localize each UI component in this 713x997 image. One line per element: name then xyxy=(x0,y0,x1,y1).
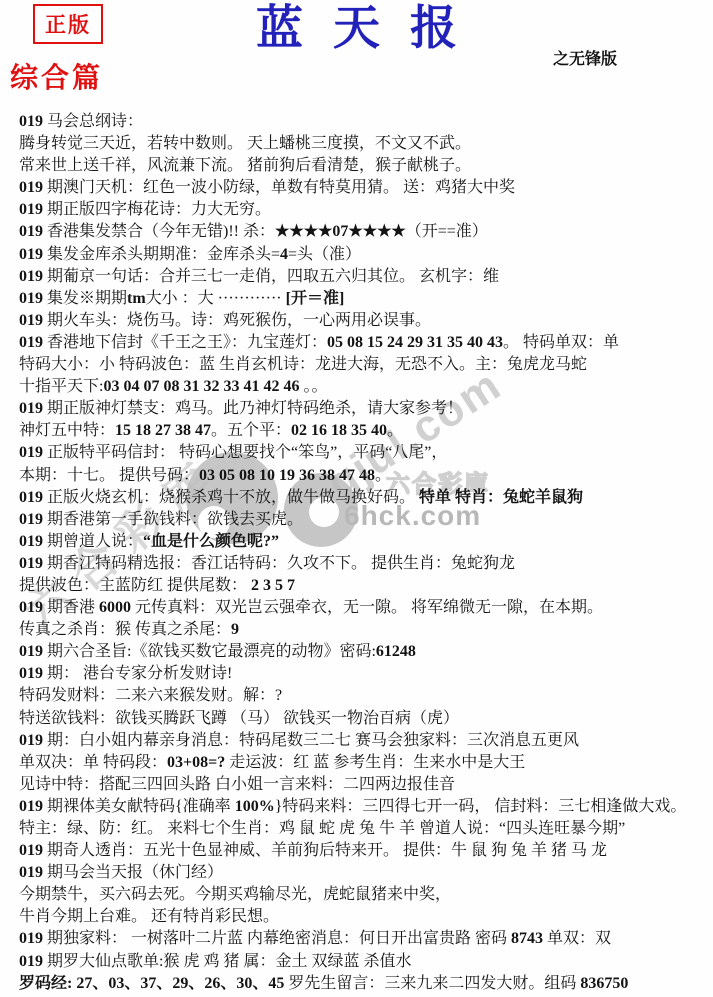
text: （开==准） xyxy=(406,223,488,240)
text-line: 019 期澳门天机：红色一波小防绿，单数有特莫用猜。 送：鸡猪大中奖 xyxy=(19,177,711,199)
text: 神灯五中特： xyxy=(19,422,115,439)
text: 期奇人透肖：五光十色显神威、羊前狗后特来开。 提供：牛 鼠 狗 兔 羊 猪 马 … xyxy=(47,842,607,859)
text-line: 019 期香港 6000 元传真料：双光岂云强牵衣，无一隙。 将军绵微无一隙，在… xyxy=(19,597,711,619)
bold-text: 03 05 08 10 19 36 38 47 48 xyxy=(199,467,375,484)
bold-text: 019 xyxy=(19,599,47,616)
text-line: 019 期罗大仙点歌单:猴 虎 鸡 猪 属：金土 双绿蓝 杀值水 xyxy=(19,951,711,973)
text: 大小 ：大 ············ xyxy=(146,290,286,307)
text: 正版火烧玄机：烧猴杀鸡十不放，做牛做马换好码。 xyxy=(47,489,419,506)
text-line: 019 正版火烧玄机：烧猴杀鸡十不放，做牛做马换好码。 特单 特肖：兔蛇羊鼠狗 xyxy=(19,487,711,509)
bold-text: 019 xyxy=(19,444,47,461)
bold-text: 019 xyxy=(19,400,47,417)
text: 期火车头：烧伤马。诗：鸡死猴伤，一心两用必误事。 xyxy=(47,312,431,329)
text-line: 019 集发※期期tm大小 ：大 ············ [开＝准] xyxy=(19,288,711,310)
text: 期正版四字梅花诗：力大无穷。 xyxy=(47,201,271,218)
text: 期香港 xyxy=(47,599,99,616)
text-line: 019 期： 港台专家分析发财诗! xyxy=(19,663,711,685)
text-line: 019 香港地下信封《千王之王》：九宝莲灯：05 08 15 24 29 31 … xyxy=(19,332,711,354)
text-line: 特送欲钱料：欲钱买腾跃飞蹲 （马） 欲钱买一物治百病（虎） xyxy=(19,708,711,730)
bold-text: 61248 xyxy=(376,643,416,660)
text-line: 019 期香江特码精选报：香江话特码：久攻不下。 提供生肖：兔蛇狗龙 xyxy=(19,553,711,575)
text-line: 腾身转觉三天近，若转中数则。 天上蟠桃三度摸，不文又不武。 xyxy=(19,133,711,155)
text-line: 019 香港集发禁合（今年无错)!! 杀：★★★★07★★★★（开==准） xyxy=(19,221,711,243)
text: 单双：双 xyxy=(543,930,611,947)
text-line: 019 期曾道人说：“血是什么颜色呢?” xyxy=(19,531,711,553)
text: 特码大小：小 特码波色：蓝 生肖玄机诗：龙进大海，无恐不入。主：兔虎龙马蛇 xyxy=(19,356,587,373)
content-lines: 019 马会总纲诗：腾身转觉三天近，若转中数则。 天上蟠桃三度摸，不文又不武。常… xyxy=(19,111,711,995)
bold-text: 019 xyxy=(19,555,47,572)
bold-text: 019 xyxy=(19,511,47,528)
newspaper-page: 正版 蓝天报 之无锋版 综合篇 gjul.com 六合彩库 六合彩庫 6hck.… xyxy=(0,0,713,997)
text: 期曾道人说： xyxy=(47,533,143,550)
text-line: 019 期正版神灯禁支：鸡马。此乃神灯特码绝杀，请大家参考！ xyxy=(19,398,711,420)
text: 。五个平： xyxy=(211,422,291,439)
text-line: 019 期：白小姐内幕亲身消息：特码尾数三二七 赛马会独家料：三次消息五更风 xyxy=(19,730,711,752)
text-line: 019 期六合圣旨:《欲钱买数它最漂亮的动物》密码:61248 xyxy=(19,641,711,663)
text: 香港地下信封《千王之王》：九宝莲灯： xyxy=(47,334,327,351)
bold-text: 019 xyxy=(19,489,47,506)
bold-text: 019 xyxy=(19,113,47,130)
text: 期： 港台专家分析发财诗! xyxy=(47,665,232,682)
bold-text: 019 xyxy=(19,533,47,550)
text: 正版特平码信封： 特码心想要找个“笨鸟”，平码“八尾”， xyxy=(47,444,447,461)
text: 马会总纲诗： xyxy=(47,113,143,130)
bold-text: 019 xyxy=(19,732,47,749)
bold-text: “血是什么颜色呢?” xyxy=(143,533,279,550)
text: 单双决：单 特码段： xyxy=(19,754,167,771)
bold-text: 2 3 5 7 xyxy=(251,577,295,594)
text-line: 今期禁牛，买六码去死。今期买鸡输尽光，虎蛇鼠猪来中奖， xyxy=(19,884,711,906)
bold-text: 019 xyxy=(19,930,47,947)
text-line: 019 期独家料： 一树落叶二片蓝 内幕绝密消息：何日开出富贵路 密码 8743… xyxy=(19,928,711,950)
text: 特主：绿、防：红。 来料七个生肖：鸡 鼠 蛇 虎 兔 牛 羊 曾道人说：“四头连… xyxy=(19,820,625,837)
text-line: 特码发财料：二来六来猴发财。解：? xyxy=(19,685,711,707)
text: 元传真料：双光岂云强牵衣，无一隙。 将军绵微无一隙，在本期。 xyxy=(131,599,603,616)
text: 期香港第一手欲钱料：欲钱去买虎。 xyxy=(47,511,303,528)
bold-text: 019 xyxy=(19,223,47,240)
text: 期六合圣旨:《欲钱买数它最漂亮的动物》密码: xyxy=(47,643,376,660)
text: 香港集发禁合（今年无错)!! 杀： xyxy=(47,223,275,240)
edition-label: 之无锋版 xyxy=(553,46,617,69)
text: 集发金库杀头期期准：金库杀头= xyxy=(47,246,280,263)
text: 特码发财料：二来六来猴发财。解：? xyxy=(19,687,282,704)
bold-text: 019 xyxy=(19,864,47,881)
text: 期罗大仙点歌单:猴 虎 鸡 猪 属：金土 双绿蓝 杀值水 xyxy=(47,953,411,970)
text-line: 神灯五中特：15 18 27 38 47。五个平：02 16 18 35 40。 xyxy=(19,420,711,442)
bold-text: 03 04 07 08 31 32 33 41 42 46 xyxy=(103,378,299,395)
text-line: 罗码经: 27、03、37、29、26、30、45 罗先生留言：三来九来二四发大… xyxy=(19,973,711,995)
text-line: 传真之杀肖：猴 传真之杀尾：9 xyxy=(19,619,711,641)
text: 十指平天下: xyxy=(19,378,103,395)
bold-text: 019 xyxy=(19,312,47,329)
bold-text: 罗码经: 27、03、37、29、26、30、45 xyxy=(19,975,284,992)
text: 腾身转觉三天近，若转中数则。 天上蟠桃三度摸，不文又不武。 xyxy=(19,135,471,152)
text-line: 特码大小：小 特码波色：蓝 生肖玄机诗：龙进大海，无恐不入。主：兔虎龙马蛇 xyxy=(19,354,711,376)
bold-text: 019 xyxy=(19,334,47,351)
text-line: 常来世上送千祥，风流兼下流。 猪前狗后看清楚，猴子献桃子。 xyxy=(19,155,711,177)
text-line: 019 期火车头：烧伤马。诗：鸡死猴伤，一心两用必误事。 xyxy=(19,310,711,332)
bold-text: 100% xyxy=(235,798,275,815)
text-line: 019 期奇人透肖：五光十色显神威、羊前狗后特来开。 提供：牛 鼠 狗 兔 羊 … xyxy=(19,840,711,862)
text: 期独家料： 一树落叶二片蓝 内幕绝密消息：何日开出富贵路 密码 xyxy=(47,930,511,947)
text: }特码来料：三四得七开一码， 信封料：三七相逢做大戏。 xyxy=(275,798,687,815)
text: 。 特码单双：单 xyxy=(503,334,619,351)
text: 见诗中特：搭配三四回头路 白小姐一言来料：二四两边报佳音 xyxy=(19,776,455,793)
bold-text: 019 xyxy=(19,842,47,859)
bold-text: 03+08=? xyxy=(167,754,225,771)
text: 常来世上送千祥，风流兼下流。 猪前狗后看清楚，猴子献桃子。 xyxy=(19,157,471,174)
text: 期：白小姐内幕亲身消息：特码尾数三二七 赛马会独家料：三次消息五更风 xyxy=(47,732,579,749)
bold-text: tm xyxy=(127,290,146,307)
bold-text: 019 xyxy=(19,246,47,263)
text: 期澳门天机：红色一波小防绿，单数有特莫用猜。 送：鸡猪大中奖 xyxy=(47,179,515,196)
text-line: 019 正版特平码信封： 特码心想要找个“笨鸟”，平码“八尾”， xyxy=(19,442,711,464)
text: 罗先生留言：三来九来二四发大财。组码 xyxy=(284,975,580,992)
bold-text: 019 xyxy=(19,665,47,682)
text-line: 019 期裸体美女献特码{准确率 100%}特码来料：三四得七开一码， 信封料：… xyxy=(19,796,711,818)
text-line: 特主：绿、防：红。 来料七个生肖：鸡 鼠 蛇 虎 兔 牛 羊 曾道人说：“四头连… xyxy=(19,818,711,840)
text: 。 xyxy=(375,467,391,484)
text: 期香江特码精选报：香江话特码：久攻不下。 提供生肖：兔蛇狗龙 xyxy=(47,555,515,572)
text: 期正版神灯禁支：鸡马。此乃神灯特码绝杀，请大家参考！ xyxy=(47,400,463,417)
text-line: 单双决：单 特码段：03+08=? 走运波：红 蓝 参考生肖：生来水中是大王 xyxy=(19,752,711,774)
bold-text: 019 xyxy=(19,179,47,196)
bold-text: 9 xyxy=(231,621,239,638)
bold-text: 019 xyxy=(19,201,47,218)
text: 特送欲钱料：欲钱买腾跃飞蹲 （马） 欲钱买一物治百病（虎） xyxy=(19,710,459,727)
text-line: 019 期马会当天报（休门经） xyxy=(19,862,711,884)
bold-text: 4 xyxy=(280,246,288,263)
bold-text: [开＝准] xyxy=(286,290,345,307)
text-line: 019 期葡京一句话：合并三七一走俏，四取五六归其位。 玄机字：维 xyxy=(19,266,711,288)
text: 传真之杀肖：猴 传真之杀尾： xyxy=(19,621,231,638)
text-line: 019 期香港第一手欲钱料：欲钱去买虎。 xyxy=(19,509,711,531)
bold-text: 019 xyxy=(19,798,47,815)
text: 今期禁牛，买六码去死。今期买鸡输尽光，虎蛇鼠猪来中奖， xyxy=(19,886,451,903)
bold-text: 836750 xyxy=(580,975,628,992)
text-line: 本期：十七。 提供号码：03 05 08 10 19 36 38 47 48。 xyxy=(19,465,711,487)
text: 集发※期期 xyxy=(47,290,127,307)
bold-text: 019 xyxy=(19,268,47,285)
text: 本期：十七。 提供号码： xyxy=(19,467,199,484)
text: 期裸体美女献特码{准确率 xyxy=(47,798,235,815)
bold-text: 15 18 27 38 47 xyxy=(115,422,211,439)
bold-text: 019 xyxy=(19,953,47,970)
bold-text: ★★★★07★★★★ xyxy=(275,223,406,240)
text: 期葡京一句话：合并三七一走俏，四取五六归其位。 玄机字：维 xyxy=(47,268,499,285)
text: 提供波色：主蓝防红 提供尾数： xyxy=(19,577,251,594)
text-line: 十指平天下:03 04 07 08 31 32 33 41 42 46 。。 xyxy=(19,376,711,398)
bold-text: 特单 特肖：兔蛇羊鼠狗 xyxy=(419,489,583,506)
bold-text: 02 16 18 35 40 xyxy=(291,422,387,439)
bold-text: 05 08 15 24 29 31 35 40 43 xyxy=(327,334,503,351)
text-line: 019 期正版四字梅花诗：力大无穷。 xyxy=(19,199,711,221)
bold-text: 019 xyxy=(19,290,47,307)
text: 。 xyxy=(387,422,403,439)
bold-text: 8743 xyxy=(511,930,543,947)
bold-text: 6000 xyxy=(99,599,131,616)
text-line: 牛肖今期上台难。 还有特肖彩民想。 xyxy=(19,906,711,928)
text-line: 见诗中特：搭配三四回头路 白小姐一言来料：二四两边报佳音 xyxy=(19,774,711,796)
text: 走运波：红 蓝 参考生肖：生来水中是大王 xyxy=(225,754,525,771)
text-line: 019 集发金库杀头期期准：金库杀头=4=头（准） xyxy=(19,244,711,266)
text: 。。 xyxy=(299,378,327,395)
text-line: 019 马会总纲诗： xyxy=(19,111,711,133)
text: =头（准） xyxy=(288,246,361,263)
text: 期马会当天报（休门经） xyxy=(47,864,223,881)
text: 牛肖今期上台难。 还有特肖彩民想。 xyxy=(19,908,279,925)
text-line: 提供波色：主蓝防红 提供尾数： 2 3 5 7 xyxy=(19,575,711,597)
section-heading: 综合篇 xyxy=(10,56,103,96)
bold-text: 019 xyxy=(19,643,47,660)
